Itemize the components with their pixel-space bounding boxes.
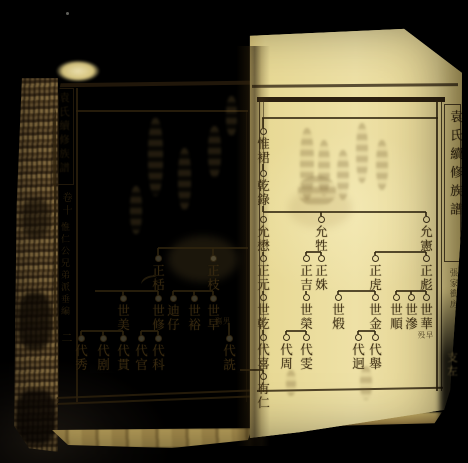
lineage-circle-icon (78, 335, 85, 342)
person-name: 世順 (389, 303, 404, 331)
person-annotation: 早殁 (417, 331, 433, 339)
person-node: 代官 (133, 335, 149, 372)
person-name: 代官 (134, 344, 149, 372)
genealogy-tree: 正枝正栝世早男殤世裕迪仔世修世美代詵代科代官代貫代剧代秀惟裙乾錄允懋允牲允憲正元… (0, 0, 468, 463)
person-node: 正姝 (313, 255, 329, 292)
person-node: 代周 (278, 334, 294, 371)
lineage-circle-icon (423, 294, 430, 301)
person-name: 正彪 (419, 264, 434, 292)
lineage-circle-icon (210, 255, 217, 262)
person-node: 代科 (150, 335, 166, 372)
lineage-circle-icon (226, 335, 233, 342)
person-node: 世煅 (330, 294, 346, 331)
person-name: 正姝 (314, 264, 329, 292)
lineage-circle-icon (120, 295, 127, 302)
lineage-circle-icon (372, 294, 379, 301)
lineage-circle-icon (120, 335, 127, 342)
tree-connector-line (358, 330, 375, 331)
person-name: 世裕 (187, 304, 202, 332)
person-name: 代科 (151, 344, 166, 372)
person-name: 世煅 (331, 303, 346, 331)
person-node: 世金 (367, 294, 383, 331)
person-name: 正栝 (151, 264, 166, 292)
person-node: 代雯 (298, 334, 314, 371)
lineage-circle-icon (372, 255, 379, 262)
lineage-circle-icon (318, 216, 325, 223)
tree-connector-line (158, 247, 248, 248)
person-name: 允憲 (419, 225, 434, 253)
person-name: 代舉 (368, 343, 383, 371)
lineage-circle-icon (408, 294, 415, 301)
person-node: 正吉 (298, 255, 314, 292)
person-node: 正彪 (418, 255, 434, 292)
person-node: 世滲 (403, 294, 419, 331)
person-node: 代舉 (367, 334, 383, 371)
person-name: 代迥 (351, 343, 366, 371)
person-node: 世華早殁 (418, 294, 434, 331)
person-name: 代秀 (74, 344, 89, 372)
person-name: 世修 (151, 304, 166, 332)
tree-connector-line (262, 117, 438, 118)
person-name: 世美 (116, 304, 131, 332)
person-name: 代剧 (96, 344, 111, 372)
person-name: 代雯 (299, 343, 314, 371)
lineage-circle-icon (303, 334, 310, 341)
lineage-circle-icon (155, 255, 162, 262)
person-node: 代迥 (350, 334, 366, 371)
person-node: 世裕 (186, 295, 202, 332)
person-node: 世修 (150, 295, 166, 332)
person-node: 世美 (115, 295, 131, 332)
person-name: 正吉 (299, 264, 314, 292)
lineage-circle-icon (210, 295, 217, 302)
lineage-circle-icon (100, 335, 107, 342)
person-name: 代周 (279, 343, 294, 371)
lineage-circle-icon (138, 335, 145, 342)
lineage-circle-icon (303, 255, 310, 262)
person-node: 代剧 (95, 335, 111, 372)
lineage-circle-icon (155, 335, 162, 342)
fore-edge-mark: 支左 (445, 352, 460, 379)
person-name: 世金 (368, 303, 383, 331)
person-node: 世早男殤 (205, 295, 221, 332)
person-node: 正枝 (205, 255, 221, 292)
person-name: 代貫 (116, 344, 131, 372)
lineage-circle-icon (155, 295, 162, 302)
person-name: 世榮 (299, 303, 314, 331)
gutter-shadow (236, 46, 270, 446)
genealogy-book-photo: 袁氏續修族譜 卷十 惟仁公兄弟派垂編 二 袁氏續修族譜 張家衝房 (0, 0, 468, 463)
person-name: 允牲 (314, 225, 329, 253)
lineage-circle-icon (372, 334, 379, 341)
lineage-circle-icon (170, 295, 177, 302)
person-node: 世順 (388, 294, 404, 331)
tree-connector-line (95, 290, 158, 291)
tree-connector-line (286, 330, 306, 331)
person-name: 正虎 (368, 264, 383, 292)
lineage-circle-icon (283, 334, 290, 341)
person-node: 世榮 (298, 294, 314, 331)
person-node: 迪仔 (165, 295, 181, 332)
lineage-circle-icon (423, 255, 430, 262)
lineage-circle-icon (335, 294, 342, 301)
person-name: 迪仔 (166, 304, 181, 332)
person-name: 世滲 (404, 303, 419, 331)
person-node: 允憲 (418, 216, 434, 253)
person-name: 正枝 (206, 264, 221, 292)
person-name: 代詵 (222, 344, 237, 372)
tree-connector-line (263, 211, 426, 212)
person-node: 代貫 (115, 335, 131, 372)
lineage-circle-icon (191, 295, 198, 302)
tree-connector-line (212, 248, 213, 255)
lineage-circle-icon (393, 294, 400, 301)
person-node: 代詵 (221, 335, 237, 372)
person-node: 代秀 (73, 335, 89, 372)
person-node: 正虎 (367, 255, 383, 292)
lineage-circle-icon (303, 294, 310, 301)
lineage-circle-icon (355, 334, 362, 341)
lineage-circle-icon (318, 255, 325, 262)
tree-connector-line (157, 248, 158, 255)
lineage-circle-icon (423, 216, 430, 223)
person-node: 正栝 (150, 255, 166, 292)
person-name: 世華 (419, 303, 434, 331)
person-node: 允牲 (313, 216, 329, 253)
person-annotation: 男殤 (214, 317, 230, 332)
